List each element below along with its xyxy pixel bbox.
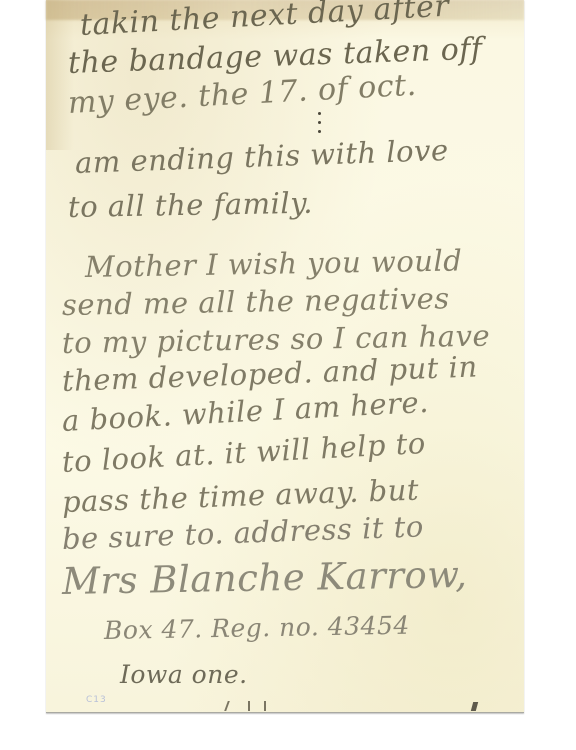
ink-dots	[318, 112, 324, 138]
margin-mark: C13	[86, 695, 107, 705]
handwritten-line-6: Mother I wish you would	[85, 243, 463, 284]
location-line: Iowa one.	[120, 660, 248, 689]
recipient-name-line: Mrs Blanche Karrow,	[62, 553, 468, 603]
cut-off-handwriting	[220, 698, 270, 712]
handwritten-line-5: to all the family.	[68, 186, 313, 224]
handwritten-line-7: send me all the negatives	[62, 281, 450, 322]
address-line: Box 47. Reg. no. 43454	[104, 611, 410, 645]
scan-background: takin the next day after the bandage was…	[0, 0, 576, 750]
